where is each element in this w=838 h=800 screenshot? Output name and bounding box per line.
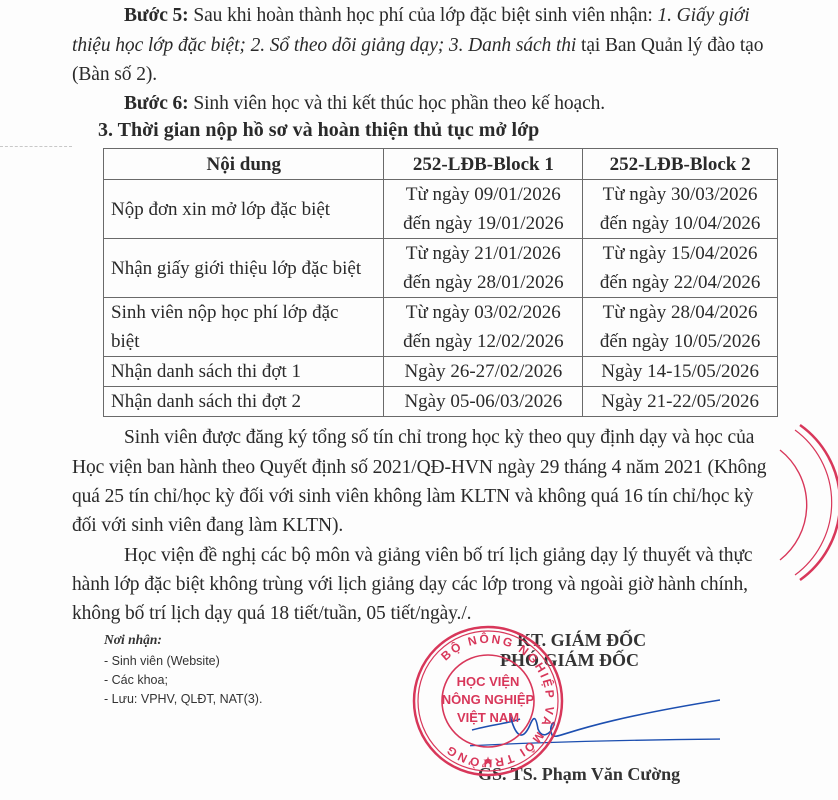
- row-block2: Ngày 14-15/05/2026: [583, 357, 778, 387]
- table-row: Nhận danh sách thi đợt 1 Ngày 26-27/02/2…: [104, 357, 778, 387]
- margin-dash-line: [0, 146, 72, 147]
- recipient-item: - Sinh viên (Website): [104, 654, 220, 668]
- row-block1: Từ ngày 03/02/2026đến ngày 12/02/2026: [384, 298, 583, 357]
- row-block1: Ngày 26-27/02/2026: [384, 357, 583, 387]
- row-block1: Ngày 05-06/03/2026: [384, 387, 583, 417]
- header-content: Nội dung: [104, 149, 384, 180]
- schedule-paragraph-line3: không bố trí lịch dạy quá 18 tiết/tuần, …: [72, 603, 471, 625]
- step5-label: Bước 5:: [124, 5, 189, 26]
- signer-name: GS. TS. Phạm Văn Cường: [478, 764, 680, 785]
- step5-line1: Bước 5: Sau khi hoàn thành học phí của l…: [124, 5, 750, 27]
- step6-line: Bước 6: Sinh viên học và thi kết thúc họ…: [124, 93, 605, 115]
- credits-paragraph-line4: đối với sinh viên đang làm KLTN).: [72, 515, 343, 537]
- schedule-table: Nội dung 252-LĐB-Block 1 252-LĐB-Block 2…: [103, 148, 778, 417]
- header-block2: 252-LĐB-Block 2: [583, 149, 778, 180]
- row-block2: Ngày 21-22/05/2026: [583, 387, 778, 417]
- step6-label: Bước 6:: [124, 93, 189, 114]
- row-block2: Từ ngày 28/04/2026đến ngày 10/05/2026: [583, 298, 778, 357]
- recipient-item: - Lưu: VPHV, QLĐT, NAT(3).: [104, 692, 262, 706]
- row-block2: Từ ngày 30/03/2026đến ngày 10/04/2026: [583, 180, 778, 239]
- credits-paragraph-line2: Học viện ban hành theo Quyết định số 202…: [72, 457, 766, 479]
- step5-line3: (Bàn số 2).: [72, 64, 157, 86]
- schedule-paragraph-line2: hành lớp đặc biệt không trùng với lịch g…: [72, 574, 748, 596]
- recipient-item: - Các khoa;: [104, 673, 168, 687]
- row-content: Nhận danh sách thi đợt 2: [104, 387, 384, 417]
- section-heading: 3. Thời gian nộp hồ sơ và hoàn thiện thủ…: [98, 119, 539, 142]
- handwritten-signature: [470, 695, 720, 755]
- row-block1: Từ ngày 21/01/2026đến ngày 28/01/2026: [384, 239, 583, 298]
- credits-paragraph-line1: Sinh viên được đăng ký tổng số tín chỉ t…: [124, 427, 754, 449]
- header-block1: 252-LĐB-Block 1: [384, 149, 583, 180]
- step5-line2: thiệu học lớp đặc biệt; 2. Sổ theo dõi g…: [72, 35, 763, 57]
- table-row: Nhận danh sách thi đợt 2 Ngày 05-06/03/2…: [104, 387, 778, 417]
- signature-title1: KT. GIÁM ĐỐC: [517, 630, 646, 651]
- table-row: Nộp đơn xin mở lớp đặc biệt Từ ngày 09/0…: [104, 180, 778, 239]
- row-block1: Từ ngày 09/01/2026đến ngày 19/01/2026: [384, 180, 583, 239]
- svg-text:NÔNG NGHIỆP: NÔNG NGHIỆP: [442, 692, 535, 707]
- row-content: Nhận danh sách thi đợt 1: [104, 357, 384, 387]
- credits-paragraph-line3: quá 25 tín chỉ/học kỳ đối với sinh viên …: [72, 486, 753, 508]
- svg-text:VIỆT NAM: VIỆT NAM: [457, 710, 519, 725]
- row-block2: Từ ngày 15/04/2026đến ngày 22/04/2026: [583, 239, 778, 298]
- svg-text:HỌC VIỆN: HỌC VIỆN: [457, 674, 520, 689]
- row-content: Nhận giấy giới thiệu lớp đặc biệt: [104, 239, 384, 298]
- row-content: Nộp đơn xin mở lớp đặc biệt: [104, 180, 384, 239]
- row-content: Sinh viên nộp học phí lớp đặcbiệt: [104, 298, 384, 357]
- schedule-paragraph-line1: Học viện đề nghị các bộ môn và giảng viê…: [124, 545, 752, 567]
- table-row: Nhận giấy giới thiệu lớp đặc biệt Từ ngà…: [104, 239, 778, 298]
- table-row: Sinh viên nộp học phí lớp đặcbiệt Từ ngà…: [104, 298, 778, 357]
- recipients-title: Nơi nhận:: [104, 632, 162, 648]
- signature-title2: PHÓ GIÁM ĐỐC: [500, 650, 639, 671]
- table-header-row: Nội dung 252-LĐB-Block 1 252-LĐB-Block 2: [104, 149, 778, 180]
